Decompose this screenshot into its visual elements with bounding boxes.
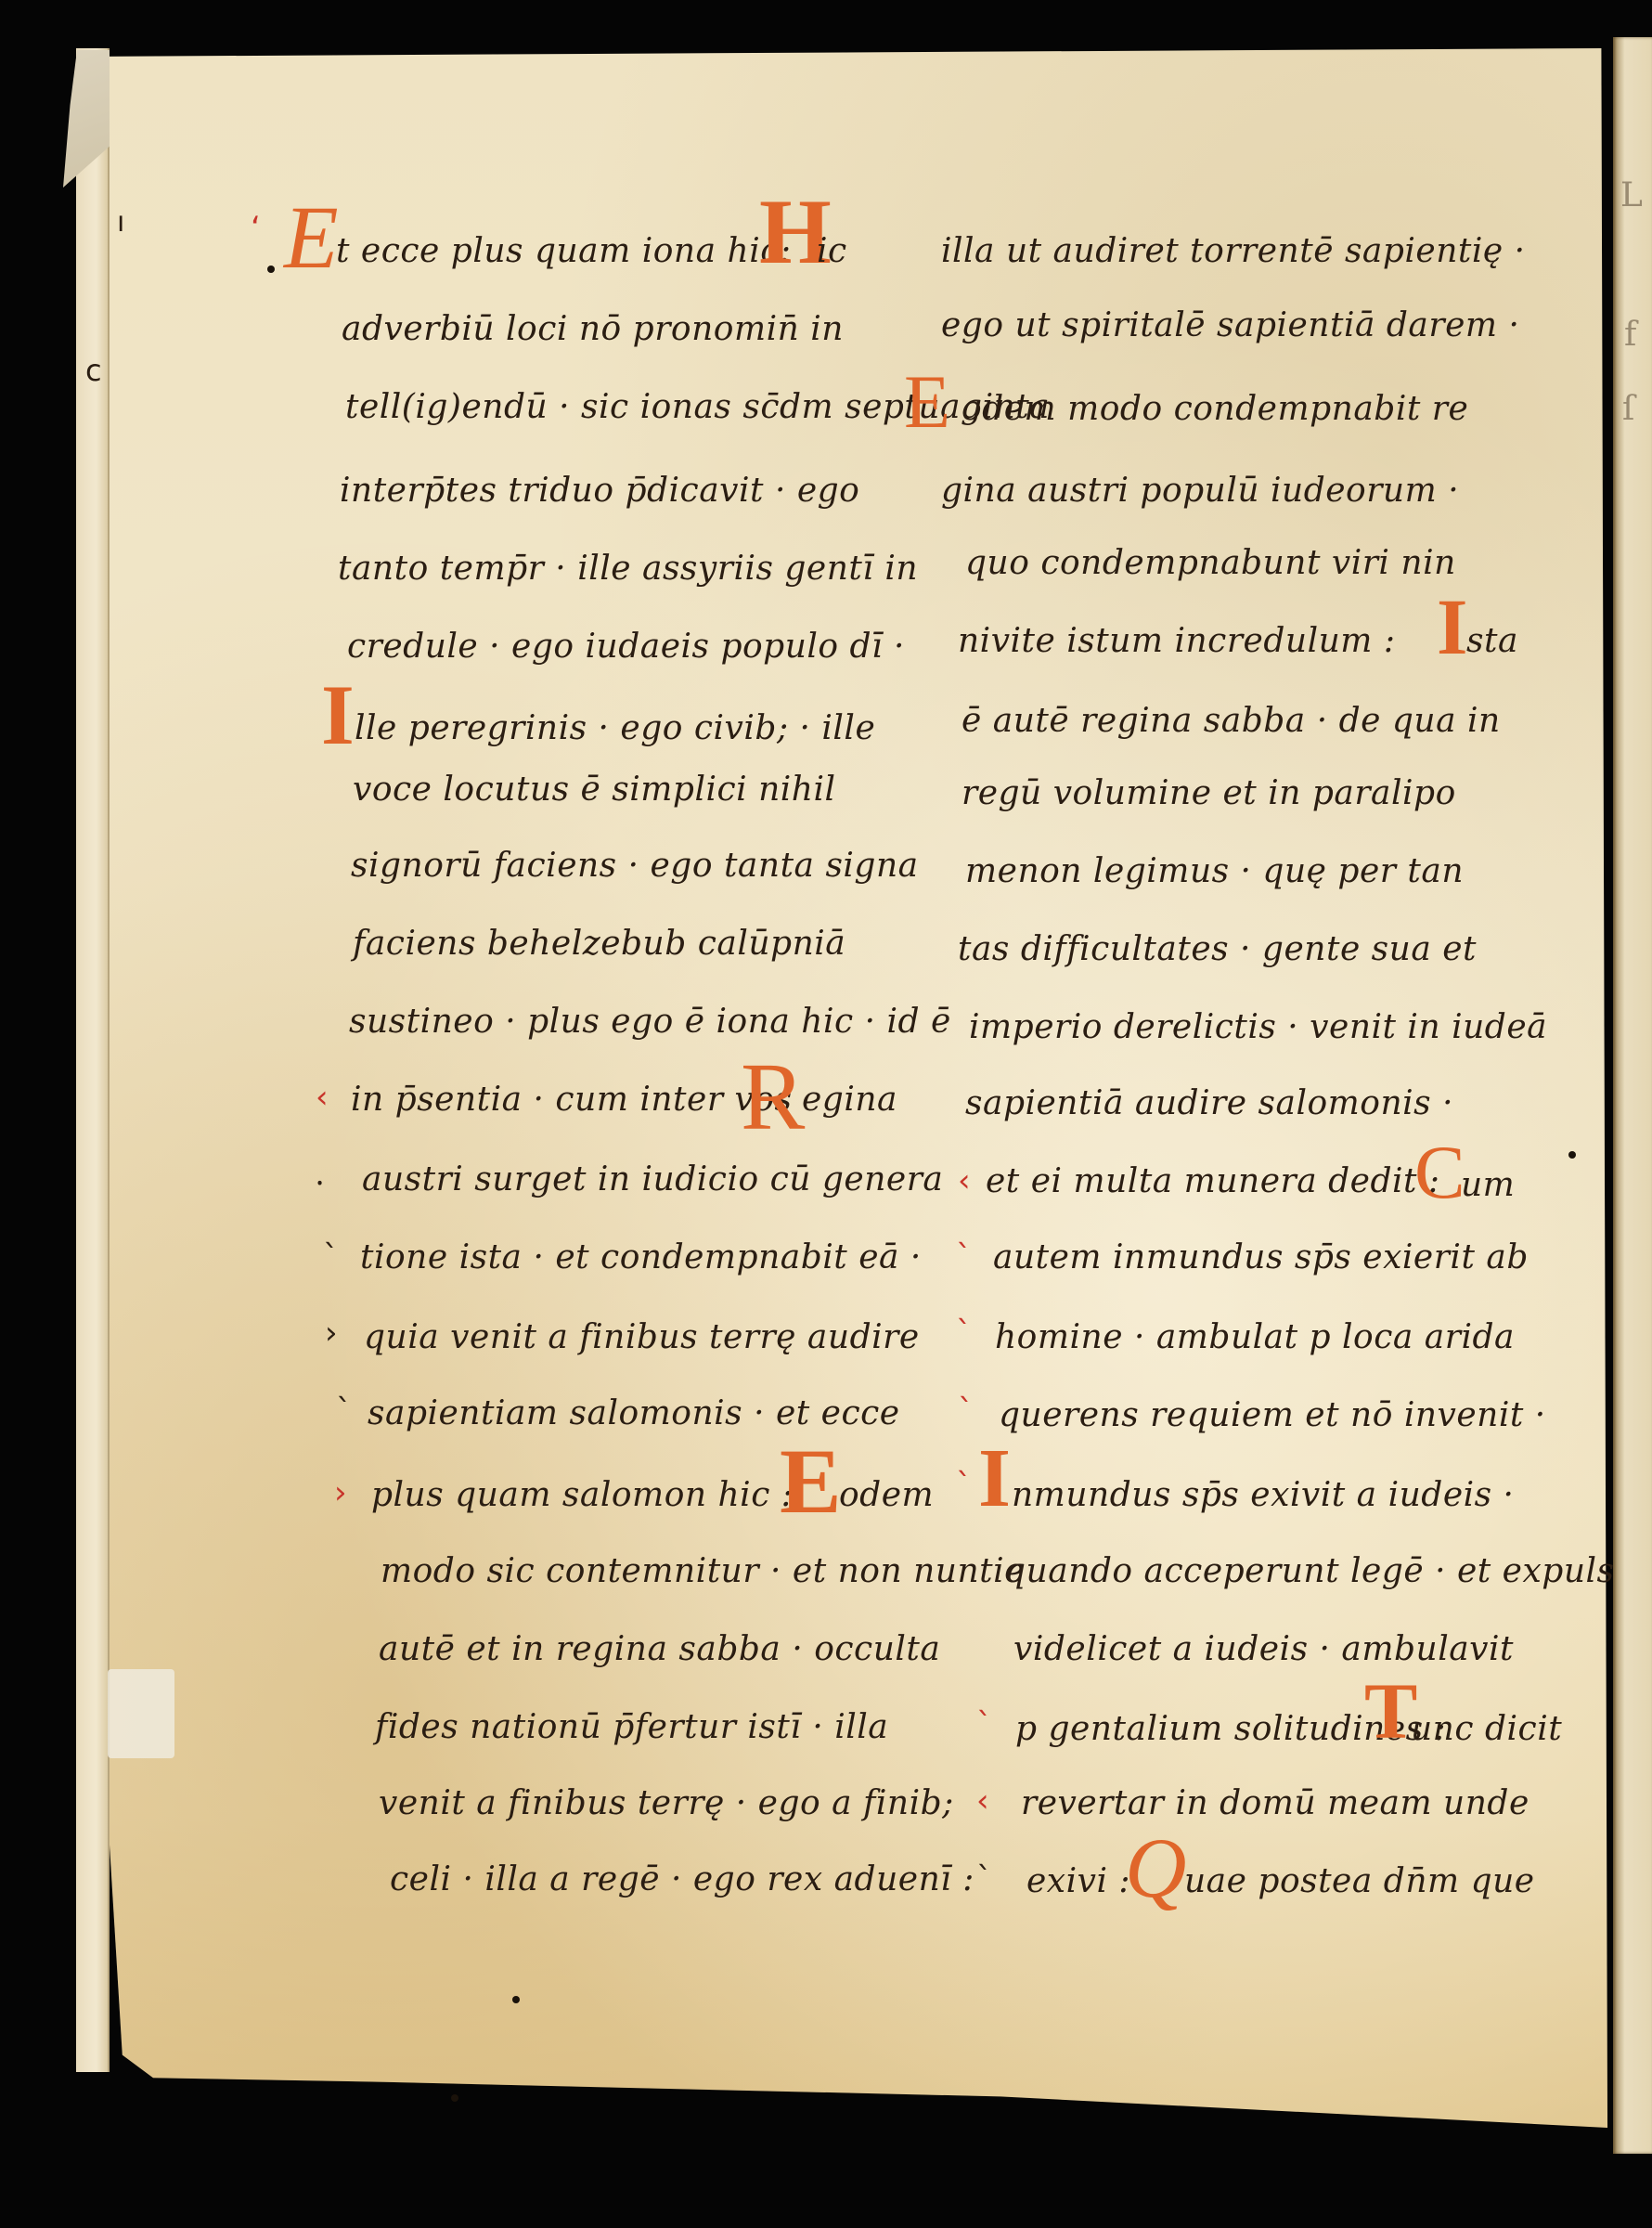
- text-line: unc dicit: [1411, 1710, 1562, 1748]
- text-line: fides nationū p̄fertur istī · illa: [375, 1708, 888, 1746]
- text-line: sapientiam salomonis · et ecce: [368, 1394, 900, 1432]
- paragraph-mark: ‹: [976, 1782, 989, 1820]
- text-line: sapientiā audire salomonis ·: [965, 1084, 1453, 1122]
- leaf-letter: f: [1624, 316, 1636, 354]
- ink-dot: [1568, 1151, 1576, 1159]
- text-line: exivi :: [1026, 1862, 1130, 1900]
- margin-mark: ›: [325, 1315, 338, 1352]
- rubric-initial-c: C: [1414, 1134, 1465, 1211]
- text-line: in p̄sentia · cum inter vos: [351, 1081, 792, 1119]
- text-line: nivite istum incredulum :: [958, 622, 1396, 660]
- rubric-initial-e: E: [284, 193, 339, 282]
- leaf-letter: L: [1620, 176, 1643, 214]
- text-line: interp̄tes triduo p̄dicavit · ego: [340, 472, 859, 510]
- text-line: credule · ego iudaeis populo dī ·: [347, 628, 905, 666]
- ink-dot: [512, 1996, 520, 2003]
- text-line: sta: [1466, 622, 1518, 660]
- paragraph-mark: ˋ: [958, 1392, 974, 1430]
- page-gutter-edge: [76, 48, 110, 2072]
- text-line: uae postea dn̄m que: [1184, 1862, 1535, 1900]
- text-line: egina: [802, 1081, 897, 1119]
- rubric-initial-i: I: [978, 1437, 1011, 1521]
- text-line: odem: [839, 1476, 934, 1514]
- margin-mark: ˋ: [323, 1238, 339, 1276]
- parchment-repair-patch: [108, 1669, 174, 1758]
- rubric-initial-t: T: [1364, 1671, 1417, 1751]
- text-line: quo condempnabunt viri nin: [965, 544, 1456, 582]
- text-line: ego ut spiritalē sapientiā darem ·: [941, 306, 1519, 344]
- paragraph-mark: ›: [334, 1474, 347, 1511]
- paragraph-mark: ˋ: [956, 1315, 972, 1352]
- rubric-initial-e: E: [780, 1435, 842, 1528]
- leaf-letter: ſ: [1622, 390, 1634, 428]
- paragraph-mark: ‘: [251, 210, 261, 247]
- text-line: ē autē regina sabba · de qua in: [962, 702, 1501, 740]
- text-line: gina austri populū iudeorum ·: [941, 472, 1459, 510]
- text-line: tione ista · et condempnabit eā ·: [360, 1238, 922, 1276]
- text-line: autē et in regina sabba · occulta: [379, 1630, 940, 1668]
- text-line: homine · ambulat p loca arida: [995, 1318, 1515, 1356]
- ink-dot: [451, 2094, 458, 2102]
- rubric-initial-q: Q: [1125, 1825, 1186, 1911]
- text-line: faciens behelzebub calūpniā: [353, 925, 845, 963]
- text-line: signorū faciens · ego tanta signa: [351, 847, 919, 885]
- margin-mark: ˋ: [336, 1392, 352, 1430]
- margin-mark: ⸱: [316, 1160, 324, 1203]
- text-line: menon legimus · quę per tan: [965, 852, 1464, 890]
- text-line: modo sic contemnitur · et non nuntie: [381, 1552, 1025, 1590]
- paragraph-mark: ‹: [958, 1162, 971, 1199]
- text-line: adverbiū loci nō pronomin̄ in: [342, 310, 844, 348]
- text-line: et ei multa munera dedit :: [986, 1162, 1440, 1200]
- rubric-initial-e: E: [904, 364, 950, 440]
- text-line: um: [1461, 1166, 1515, 1204]
- margin-letter: ı: [117, 206, 124, 239]
- text-line: revertar in domū meam unde: [1021, 1784, 1529, 1822]
- text-line: illa ut audiret torrentē sapientię ·: [941, 232, 1526, 270]
- text-line: querens requiem et nō invenit ·: [999, 1396, 1546, 1434]
- rubric-initial-i: I: [321, 672, 355, 758]
- paragraph-mark: ˋ: [976, 1706, 992, 1743]
- paragraph-mark: ‹: [316, 1079, 329, 1116]
- paragraph-mark: ˋ: [956, 1238, 972, 1276]
- rubric-initial-r: R: [741, 1049, 805, 1146]
- text-line: plus quam salomon hic :: [371, 1476, 793, 1514]
- text-line: ic: [817, 232, 847, 270]
- text-line: sustineo · plus ego ē iona hic · id ē: [349, 1003, 951, 1041]
- text-line: venit a finibus terrę · ego a finib;: [379, 1784, 954, 1822]
- text-line: regū volumine et in paralipo: [962, 774, 1456, 812]
- text-line: odem modo condempnabit re: [962, 390, 1468, 428]
- text-line: celi · illa a regē · ego rex aduenī :: [390, 1860, 974, 1898]
- text-line: tas difficultates · gente sua et: [958, 930, 1477, 968]
- ink-dot: [267, 266, 275, 273]
- text-line: lle peregrinis · ego civib; · ille: [355, 709, 875, 747]
- margin-letter: c: [85, 353, 102, 388]
- text-line: austri surget in iudicio cū genera: [362, 1160, 943, 1198]
- margin-mark: ˋ: [976, 1860, 992, 1898]
- text-line: quando acceperunt legē · et expuls: [1004, 1552, 1615, 1590]
- text-line: tanto temp̄r · ille assyriis gentī in: [338, 550, 918, 588]
- text-line: nmundus sp̄s exivit a iudeis ·: [1012, 1476, 1515, 1514]
- adjacent-leaf-edge: L f ſ: [1613, 37, 1652, 2154]
- rubric-initial-i: I: [1437, 587, 1467, 667]
- text-line: t ecce plus quam iona hic:: [336, 232, 792, 270]
- text-line: autem inmundus sp̄s exierit ab: [993, 1238, 1529, 1276]
- text-line: imperio derelictis · venit in iudeā: [969, 1008, 1547, 1046]
- text-line: voce locutus ē simplici nihil: [353, 771, 836, 809]
- text-line: quia venit a finibus terrę audire: [364, 1318, 920, 1356]
- text-line: videlicet a iudeis · ambulavit: [1013, 1630, 1514, 1668]
- paragraph-mark: ˋ: [956, 1467, 972, 1504]
